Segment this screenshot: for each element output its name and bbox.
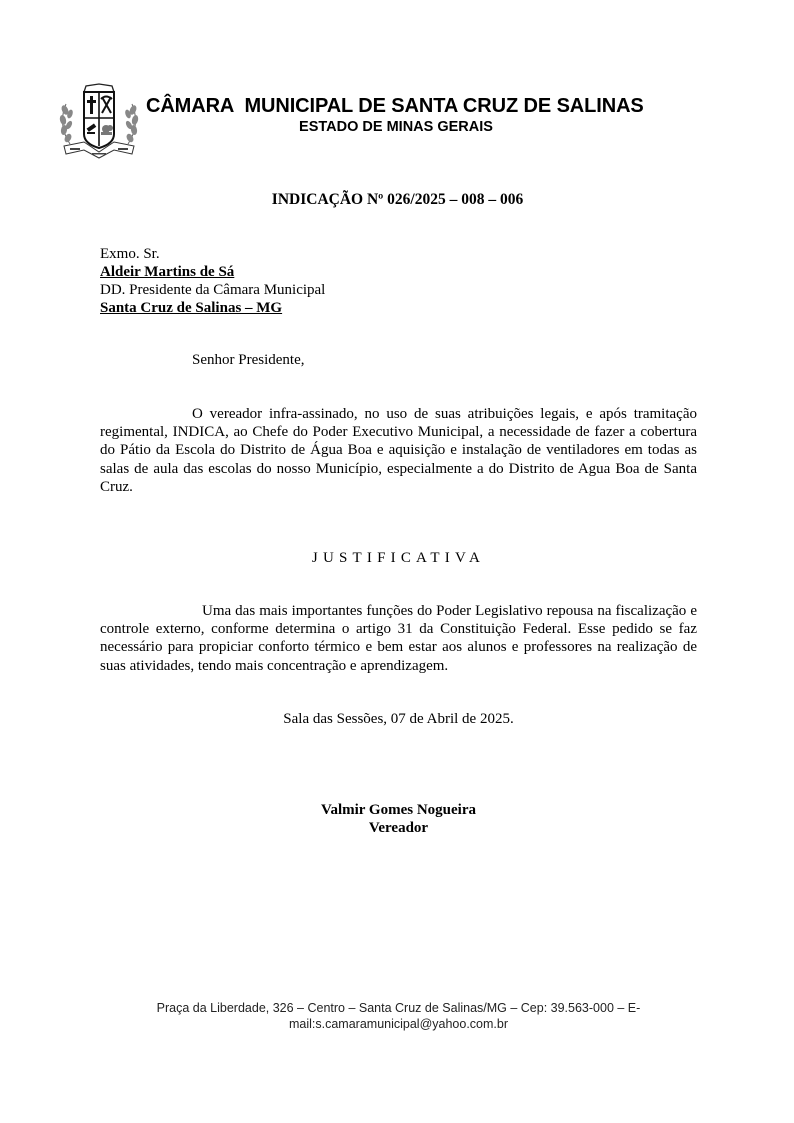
justification-paragraph: Uma das mais importantes funções do Pode…: [100, 602, 697, 675]
footer-contact: Praça da Liberdade, 326 – Centro – Santa…: [100, 1000, 697, 1032]
body-paragraph: O vereador infra-assinado, no uso de sua…: [100, 405, 697, 496]
addressee-name: Aldeir Martins de Sá: [100, 263, 325, 281]
municipal-coat-of-arms-icon: [56, 82, 142, 160]
signatory-name: Valmir Gomes Nogueira: [100, 801, 697, 819]
signatory-role: Vereador: [100, 819, 697, 837]
document-title: INDICAÇÃO Nº 026/2025 – 008 – 006: [100, 191, 695, 209]
document-page: CÂMARA MUNICIPAL DE SANTA CRUZ DE SALINA…: [0, 0, 794, 1123]
institution-name: CÂMARA MUNICIPAL DE SANTA CRUZ DE SALINA…: [146, 95, 676, 118]
footer-email: mail:s.camaramunicipal@yahoo.com.br: [100, 1016, 697, 1032]
addressee-location: Santa Cruz de Salinas – MG: [100, 299, 325, 317]
salutation: Senhor Presidente,: [192, 352, 304, 369]
institution-state: ESTADO DE MINAS GERAIS: [146, 119, 646, 135]
footer-address: Praça da Liberdade, 326 – Centro – Santa…: [100, 1000, 697, 1016]
place-and-date: Sala das Sessões, 07 de Abril de 2025.: [100, 711, 697, 728]
addressee-position: DD. Presidente da Câmara Municipal: [100, 281, 325, 299]
addressee-greeting: Exmo. Sr.: [100, 245, 325, 263]
justification-heading: JUSTIFICATIVA: [100, 550, 697, 567]
addressee-block: Exmo. Sr. Aldeir Martins de Sá DD. Presi…: [100, 245, 325, 317]
signature-block: Valmir Gomes Nogueira Vereador: [100, 801, 697, 837]
